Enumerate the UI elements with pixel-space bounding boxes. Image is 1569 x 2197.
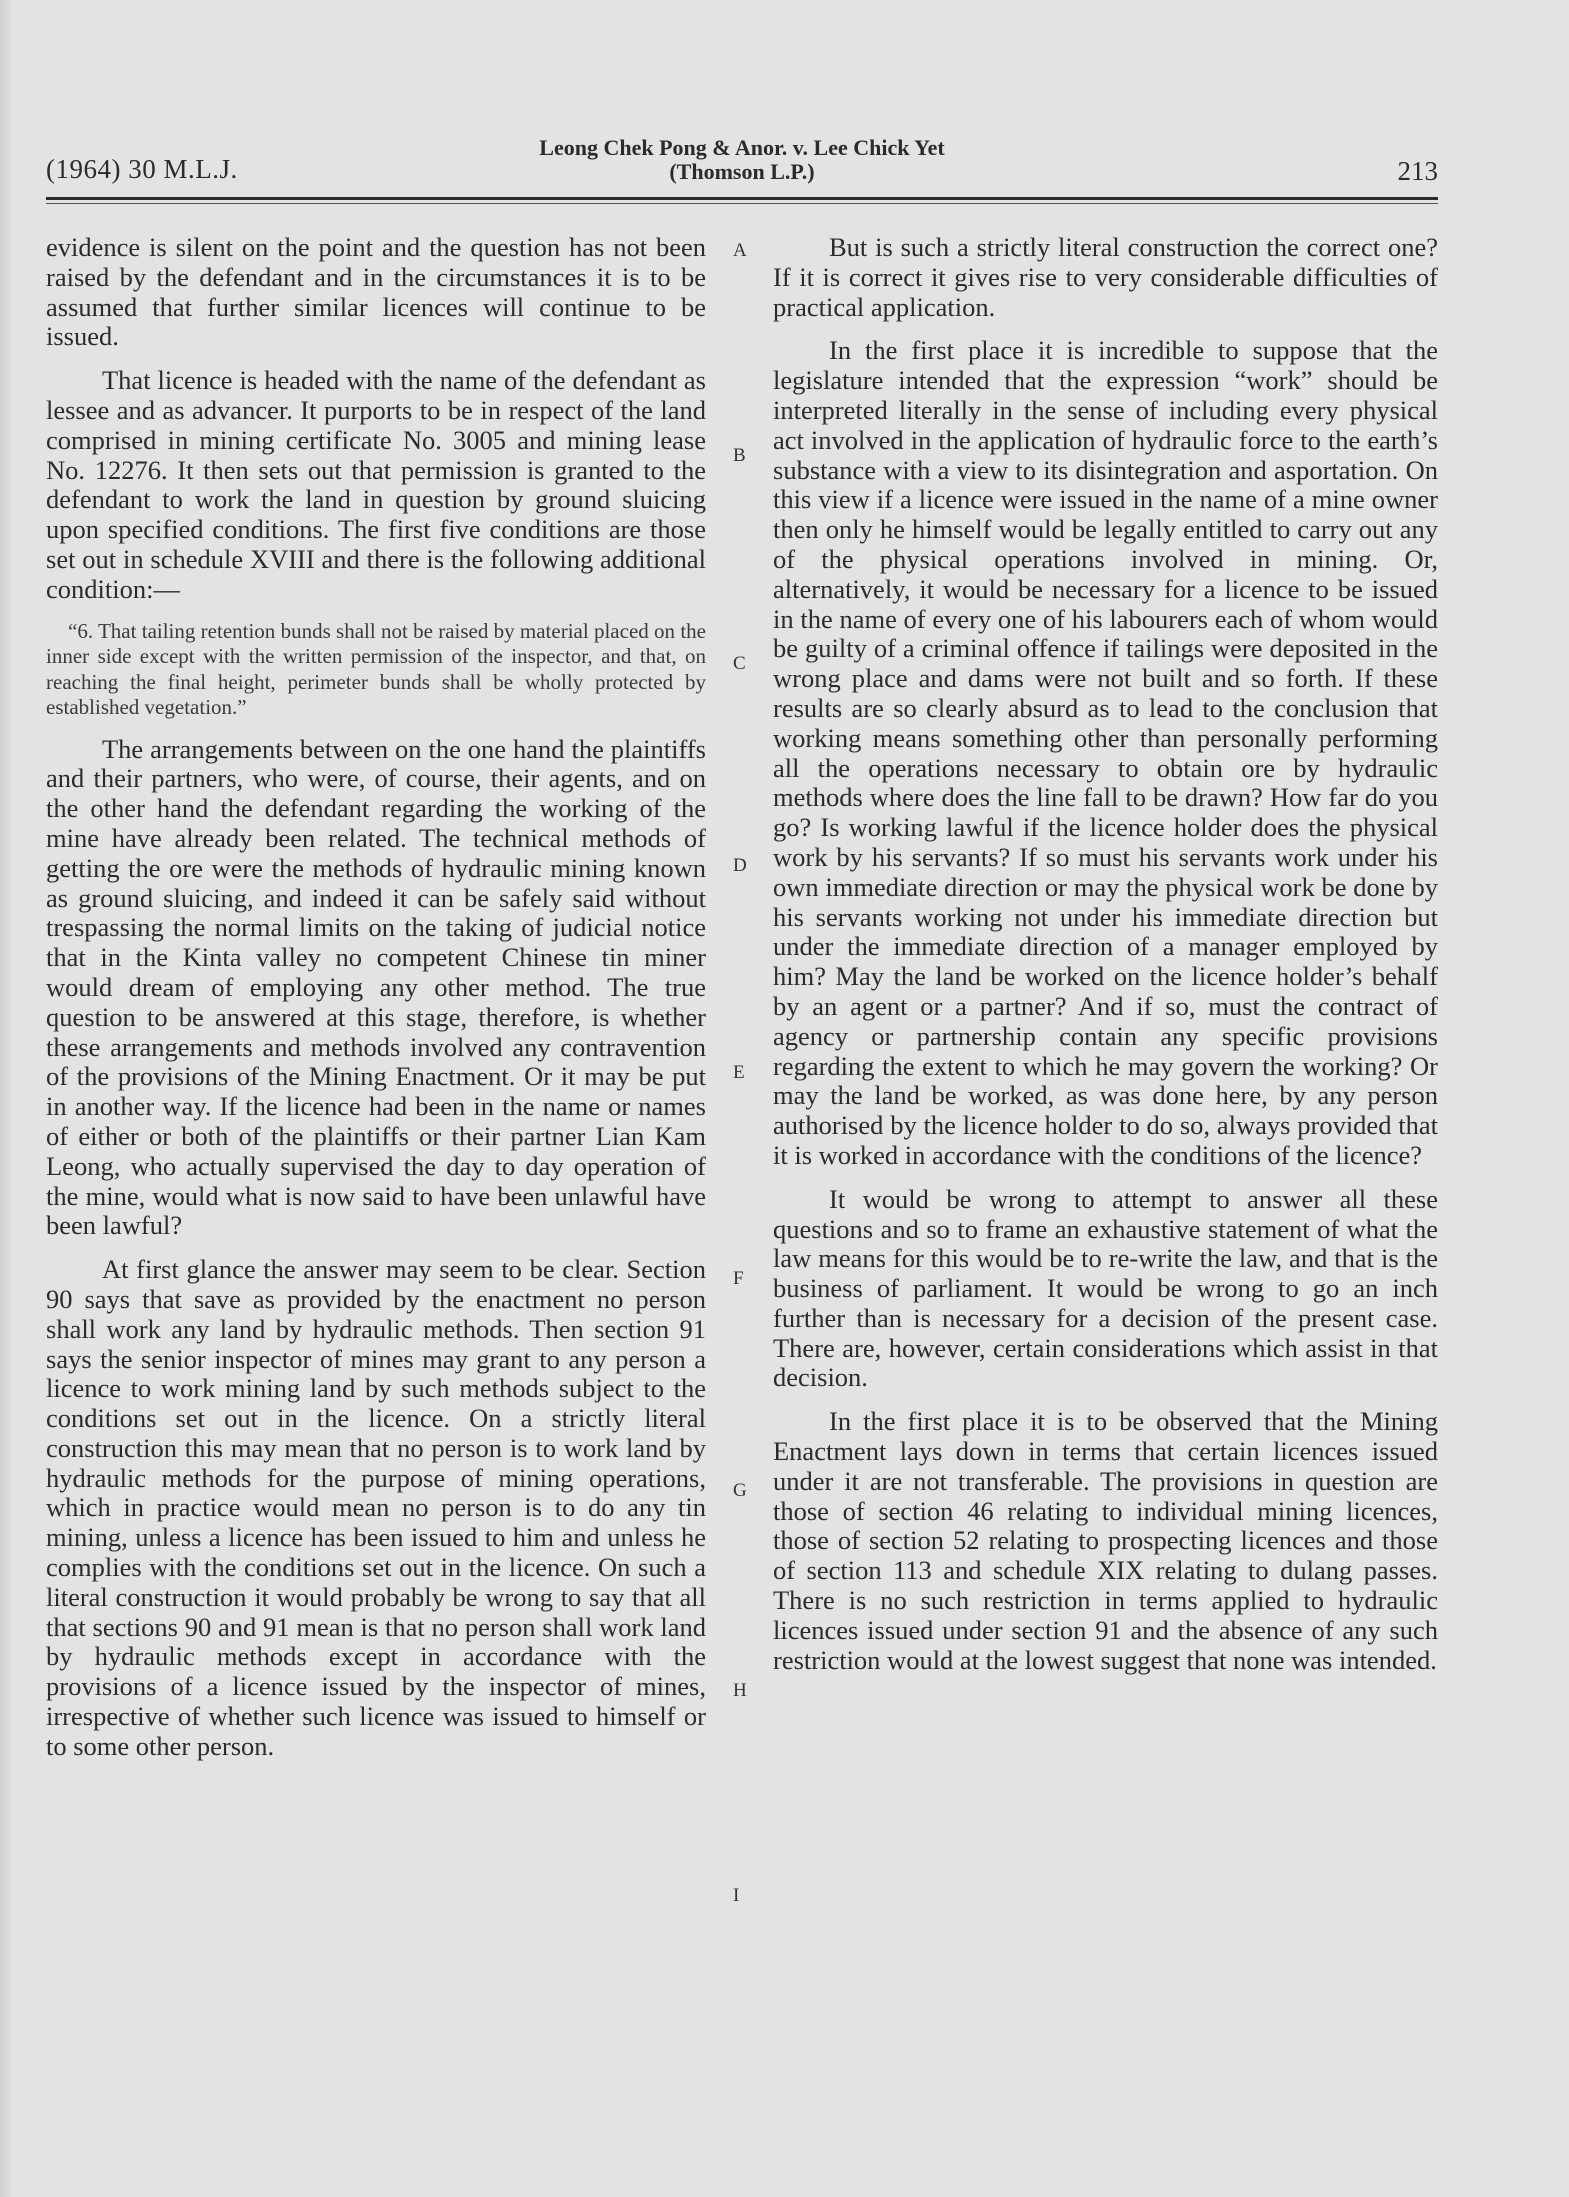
margin-letter-g: G: [733, 1480, 747, 1502]
left-column: evidence is silent on the point and the …: [46, 233, 706, 1776]
paragraph: In the first place it is to be observed …: [773, 1407, 1438, 1675]
case-title: Leong Chek Pong & Anor. v. Lee Chick Yet: [46, 136, 1438, 160]
margin-letter-a: A: [733, 240, 747, 262]
margin-letter-e: E: [733, 1062, 745, 1084]
page-number: 213: [1398, 156, 1439, 187]
paragraph: The arrangements between on the one hand…: [46, 735, 706, 1242]
margin-letter-d: D: [733, 855, 747, 877]
paragraph: It would be wrong to attempt to answer a…: [773, 1185, 1438, 1394]
paragraph: But is such a strictly literal construct…: [773, 233, 1438, 322]
case-title-block: Leong Chek Pong & Anor. v. Lee Chick Yet…: [46, 136, 1438, 184]
paragraph: That licence is headed with the name of …: [46, 366, 706, 604]
margin-letter-b: B: [733, 445, 746, 467]
page-edge-shadow: [0, 0, 14, 2197]
header-rule-thin: [46, 203, 1438, 204]
right-column: But is such a strictly literal construct…: [773, 233, 1438, 1689]
paragraph: evidence is silent on the point and the …: [46, 233, 706, 352]
margin-letter-c: C: [733, 653, 746, 675]
header-rule-thick: [46, 197, 1438, 200]
paragraph: At first glance the answer may seem to b…: [46, 1255, 706, 1762]
paragraph: In the first place it is incredible to s…: [773, 336, 1438, 1170]
block-quote: “6. That tailing retention bunds shall n…: [46, 619, 706, 721]
margin-letter-i: I: [733, 1885, 739, 1907]
judge-name: (Thomson L.P.): [46, 160, 1438, 184]
margin-letter-f: F: [733, 1268, 744, 1290]
margin-letter-h: H: [733, 1680, 747, 1702]
